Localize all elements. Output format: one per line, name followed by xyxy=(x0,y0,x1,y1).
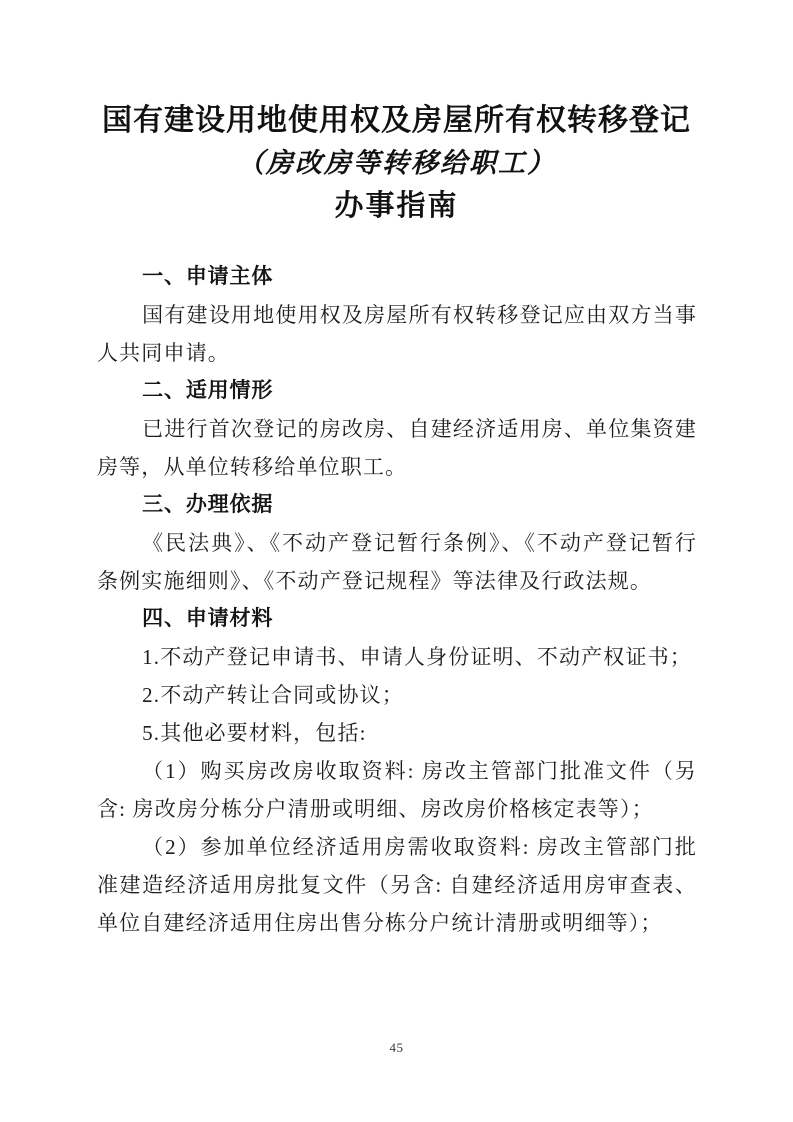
document-title-line-3: 办事指南 xyxy=(0,184,793,228)
body-paragraph: 2.不动产转让合同或协议； xyxy=(97,676,697,714)
body-paragraph: 《民法典》、《不动产登记暂行条例》、《不动产登记暂行条例实施细则》、《不动产登记… xyxy=(97,524,697,600)
section-heading: 四、申请材料 xyxy=(97,600,697,638)
document-title-block: 国有建设用地使用权及房屋所有权转移登记 （房改房等转移给职工） 办事指南 xyxy=(0,0,793,228)
document-title-line-1: 国有建设用地使用权及房屋所有权转移登记 xyxy=(0,100,793,142)
body-paragraph: 国有建设用地使用权及房屋所有权转移登记应由双方当事人共同申请。 xyxy=(97,296,697,372)
body-paragraph: （2）参加单位经济适用房需收取资料: 房改主管部门批准建造经济适用房批复文件（另… xyxy=(97,828,697,942)
body-paragraph: 5.其他必要材料，包括: xyxy=(97,714,697,752)
page-number: 45 xyxy=(0,1040,793,1056)
section-heading: 一、申请主体 xyxy=(97,258,697,296)
body-paragraph: （1）购买房改房收取资料: 房改主管部门批准文件（另含: 房改房分栋分户清册或明… xyxy=(97,752,697,828)
document-body: 一、申请主体国有建设用地使用权及房屋所有权转移登记应由双方当事人共同申请。二、适… xyxy=(97,258,697,942)
section-heading: 三、办理依据 xyxy=(97,486,697,524)
section-heading: 二、适用情形 xyxy=(97,372,697,410)
body-paragraph: 1.不动产登记申请书、申请人身份证明、不动产权证书； xyxy=(97,638,697,676)
document-title-line-2: （房改房等转移给职工） xyxy=(0,142,793,184)
document-page: 国有建设用地使用权及房屋所有权转移登记 （房改房等转移给职工） 办事指南 一、申… xyxy=(0,0,793,1122)
body-paragraph: 已进行首次登记的房改房、自建经济适用房、单位集资建房等，从单位转移给单位职工。 xyxy=(97,410,697,486)
